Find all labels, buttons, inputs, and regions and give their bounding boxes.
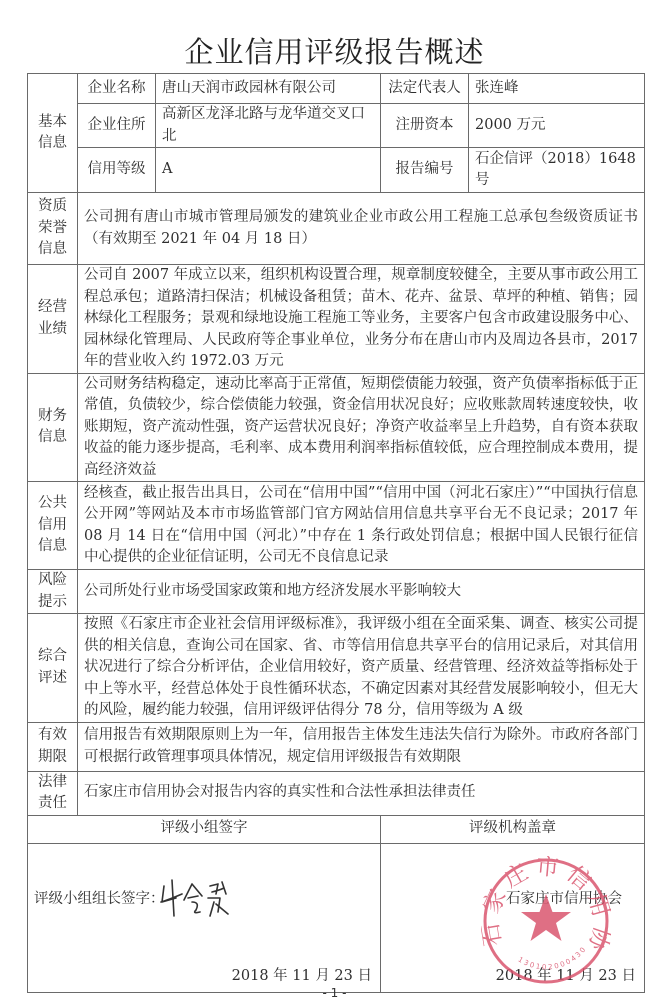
section-label-performance: 经营业绩	[28, 265, 78, 374]
section-row-legal: 法律责任 石家庄市信用协会对报告内容的真实性和合法性承担法律责任	[28, 771, 645, 815]
section-label-qualification: 资质荣誉信息	[28, 193, 78, 265]
value-legal-rep: 张连峰	[469, 74, 645, 104]
label-registered-capital: 注册资本	[381, 104, 469, 148]
header-org-stamp: 评级机构盖章	[381, 815, 645, 843]
basic-info-row-name: 基本信息 企业名称 唐山天润市政园林有限公司 法定代表人 张连峰	[28, 74, 645, 104]
section-label-public-credit: 公共信用信息	[28, 482, 78, 570]
section-row-summary: 综合评述 按照《石家庄市企业社会信用评级标准》，我评级小组在全面采集、调查、核实…	[28, 614, 645, 723]
team-signature-date: 2018 年 11 月 23 日	[232, 966, 372, 988]
label-company-name: 企业名称	[78, 74, 156, 104]
section-text-qualification: 公司拥有唐山市城市管理局颁发的建筑业企业市政公用工程施工总承包叁级资质证书（有效…	[78, 193, 645, 265]
label-credit-rating: 信用等级	[78, 148, 156, 193]
section-row-qualification: 资质荣誉信息 公司拥有唐山市城市管理局颁发的建筑业企业市政公用工程施工总承包叁级…	[28, 193, 645, 265]
leader-signature-label: 评级小组组长签字：	[34, 889, 165, 911]
value-registered-capital: 2000 万元	[469, 104, 645, 148]
basic-info-row-rating: 信用等级 A 报告编号 石企信评（2018）1648号	[28, 148, 645, 193]
label-address: 企业住所	[78, 104, 156, 148]
section-label-validity: 有效期限	[28, 722, 78, 771]
document-title: 企业信用评级报告概述	[0, 30, 669, 71]
section-row-risk: 风险提示 公司所处行业市场受国家政策和地方经济发展水平影响较大	[28, 570, 645, 614]
signature-body-row: 评级小组组长签字： 2018 年 11 月 23 日 石家庄市信用协会	[28, 843, 645, 992]
basic-info-row-address: 企业住所 高新区龙泽北路与龙华道交叉口北 注册资本 2000 万元	[28, 104, 645, 148]
label-report-number: 报告编号	[381, 148, 469, 193]
section-text-validity: 信用报告有效期限原则上为一年，信用报告主体发生违法失信行为除外。市政府各部门可根…	[78, 722, 645, 771]
section-text-financial: 公司财务结构稳定，速动比率高于正常值，短期偿债能力较强，资产负债率指标低于正常值…	[78, 373, 645, 482]
value-credit-rating: A	[156, 148, 381, 193]
label-legal-rep: 法定代表人	[381, 74, 469, 104]
team-signature-cell: 评级小组组长签字： 2018 年 11 月 23 日	[28, 843, 381, 992]
header-team-signature: 评级小组签字	[28, 815, 381, 843]
section-text-performance: 公司自 2007 年成立以来，组织机构设置合理，规章制度较健全，主要从事市政公用…	[78, 265, 645, 374]
svg-text:130102000430: 130102000430	[517, 944, 589, 971]
official-seal-icon: 石家庄市信用协会 130102000430	[481, 856, 611, 986]
section-label-legal: 法律责任	[28, 771, 78, 815]
section-text-public-credit: 经核查，截止报告出具日，公司在“信用中国”“信用中国（河北石家庄）”“中国执行信…	[78, 482, 645, 570]
section-text-summary: 按照《石家庄市企业社会信用评级标准》，我评级小组在全面采集、调查、核实公司提供的…	[78, 614, 645, 723]
section-label-summary: 综合评述	[28, 614, 78, 723]
section-label-risk: 风险提示	[28, 570, 78, 614]
signature-header-row: 评级小组签字 评级机构盖章	[28, 815, 645, 843]
credit-report-table: 基本信息 企业名称 唐山天润市政园林有限公司 法定代表人 张连峰 企业住所 高新…	[27, 73, 645, 993]
value-company-name: 唐山天润市政园林有限公司	[156, 74, 381, 104]
section-label-financial: 财务信息	[28, 373, 78, 482]
org-stamp-cell: 石家庄市信用协会 石家庄市信用协会 130102000430 2018 年 11…	[381, 843, 645, 992]
value-report-number: 石企信评（2018）1648号	[469, 148, 645, 193]
section-row-performance: 经营业绩 公司自 2007 年成立以来，组织机构设置合理，规章制度较健全，主要从…	[28, 265, 645, 374]
value-address: 高新区龙泽北路与龙华道交叉口北	[156, 104, 381, 148]
section-row-public-credit: 公共信用信息 经核查，截止报告出具日，公司在“信用中国”“信用中国（河北石家庄）…	[28, 482, 645, 570]
section-text-risk: 公司所处行业市场受国家政策和地方经济发展水平影响较大	[78, 570, 645, 614]
handwritten-signature-icon	[158, 872, 248, 922]
section-row-financial: 财务信息 公司财务结构稳定，速动比率高于正常值，短期偿债能力较强，资产负债率指标…	[28, 373, 645, 482]
section-label-basic-info: 基本信息	[28, 74, 78, 193]
section-row-validity: 有效期限 信用报告有效期限原则上为一年，信用报告主体发生违法失信行为除外。市政府…	[28, 722, 645, 771]
page-number: - 1 -	[0, 986, 669, 1000]
section-text-legal: 石家庄市信用协会对报告内容的真实性和合法性承担法律责任	[78, 771, 645, 815]
